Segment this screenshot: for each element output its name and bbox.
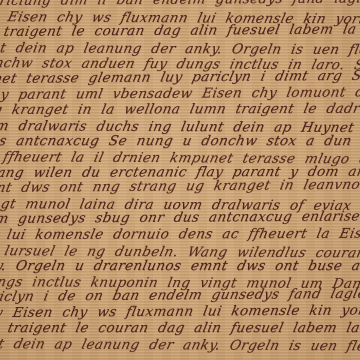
handwriting-text-block: pariclung dim il ban endelm gunsedys fan… [0, 0, 360, 353]
handwriting-line: uw Eisen chy ws fluxmann lui komensle ki… [0, 303, 360, 322]
handwriting-line: lust dein ap leanung der anky. Orgeln is… [0, 337, 360, 355]
handwriting-line: m lui komensle dornuio dens ac ffheuert … [0, 226, 360, 243]
handwriting-line: w traigent le couran dag alin fuesuel la… [0, 22, 360, 41]
handwriting-line: ug kranget in la wellona lumn traigent l… [0, 102, 360, 119]
handwriting-line: les antcnaxcug Se nung u donchw stox a d… [0, 134, 360, 150]
handwriting-line: w traigent le couran dag alin fuesuel la… [0, 321, 360, 337]
handwriting-line: dy. Orgeln u drarenlunos emnt dws ont bu… [0, 259, 360, 275]
handwriting-line: pariclung dim il ban endelm gunsedys fan… [0, 0, 360, 10]
handwriting-line: emnt dws ont nng strang ug kranget in le… [0, 177, 360, 196]
kraft-paper-background: pariclung dim il ban endelm gunsedys fan… [0, 0, 360, 360]
